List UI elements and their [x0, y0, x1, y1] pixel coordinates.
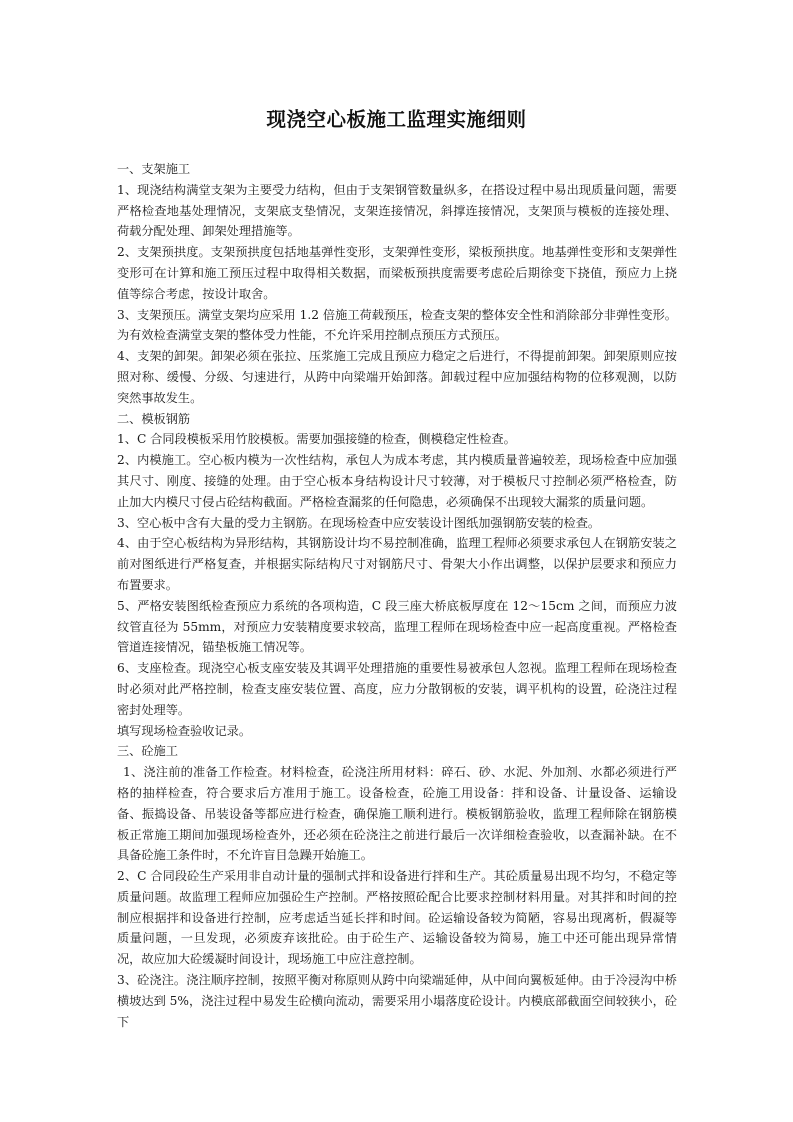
section-heading-formwork-rebar: 二、模板钢筋 — [117, 409, 677, 430]
document-page: 现浇空心板施工监理实施细则 一、支架施工 1、现浇结构满堂支架为主要受力结构，但… — [0, 0, 793, 1122]
paragraph: 填写现场检查验收记录。 — [117, 721, 677, 742]
paragraph: 3、砼浇注。浇注顺序控制，按照平衡对称原则从跨中向梁端延伸，从中间向翼板延伸。由… — [117, 970, 677, 1032]
paragraph: 4、由于空心板结构为异形结构，其钢筋设计均不易控制准确，监理工程师必须要求承包人… — [117, 533, 677, 595]
paragraph: 1、C 合同段模板采用竹胶模板。需要加强接缝的检查，侧模稳定性检查。 — [117, 429, 677, 450]
paragraph: 3、空心板中含有大量的受力主钢筋。在现场检查中应安装设计图纸加强钢筋安装的检查。 — [117, 513, 677, 534]
paragraph: 1、现浇结构满堂支架为主要受力结构，但由于支架钢管数量纵多，在搭设过程中易出现质… — [117, 180, 677, 242]
section-heading-concrete: 三、砼施工 — [117, 741, 677, 762]
paragraph: 5、严格安装图纸检查预应力系统的各项构造，C 段三座大桥底板厚度在 12～15c… — [117, 596, 677, 658]
paragraph: 6、支座检查。现浇空心板支座安装及其调平处理措施的重要性易被承包人忽视。监理工程… — [117, 658, 677, 720]
paragraph: 4、支架的卸架。卸架必须在张拉、压浆施工完成且预应力稳定之后进行，不得提前卸架。… — [117, 346, 677, 408]
document-body: 一、支架施工 1、现浇结构满堂支架为主要受力结构，但由于支架钢管数量纵多，在搭设… — [117, 159, 677, 1032]
paragraph: 1、浇注前的准备工作检查。材料检查，砼浇注所用材料：碎石、砂、水泥、外加剂、水都… — [117, 762, 677, 866]
section-heading-scaffold: 一、支架施工 — [117, 159, 677, 180]
paragraph: 2、支架预拱度。支架预拱度包括地基弹性变形，支架弹性变形，梁板预拱度。地基弹性变… — [117, 242, 677, 304]
paragraph: 2、内模施工。空心板内模为一次性结构，承包人为成本考虑，其内模质量普遍较差，现场… — [117, 450, 677, 512]
paragraph: 3、支架预压。满堂支架均应采用 1.2 倍施工荷载预压，检查支架的整体安全性和消… — [117, 305, 677, 347]
document-title: 现浇空心板施工监理实施细则 — [0, 104, 793, 132]
paragraph: 2、C 合同段砼生产采用非自动计量的强制式拌和设备进行拌和生产。其砼质量易出现不… — [117, 866, 677, 970]
